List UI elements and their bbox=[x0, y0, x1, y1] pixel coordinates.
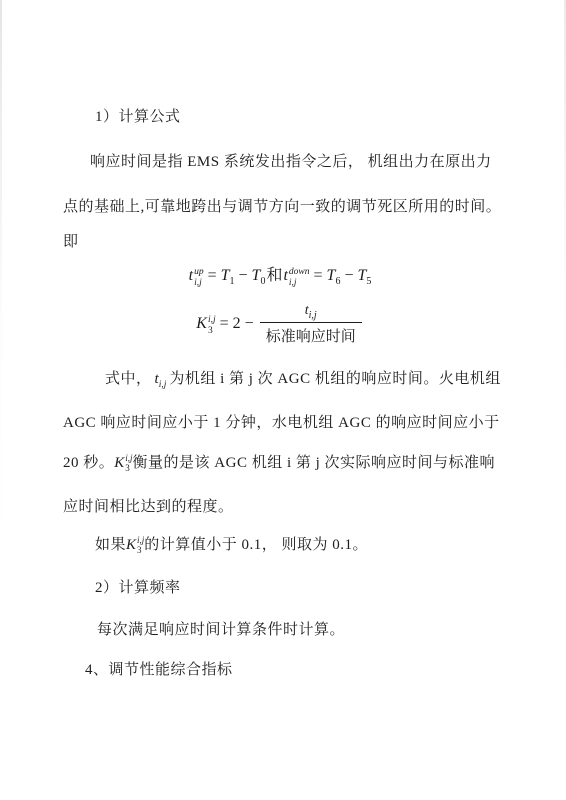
math-K-scripts: i,j3 bbox=[208, 315, 216, 336]
math-and-word: 和 bbox=[266, 267, 282, 284]
explanation-text-post: 衡量的是该 AGC 机组 i 第 j 次实际响应时间与标准响 bbox=[133, 455, 496, 471]
math-minus: − bbox=[245, 315, 254, 332]
math-K-base: K bbox=[126, 537, 136, 553]
math-sub-ij: i,j bbox=[159, 380, 167, 390]
document-page: 1）计算公式 响应时间是指 EMS 系统发出指令之后， 机组出力在原出力 点的基… bbox=[0, 0, 566, 800]
heading-composite-indicator: 4、调节性能综合指标 bbox=[85, 659, 233, 681]
math-T6-sub: 6 bbox=[335, 276, 340, 287]
paragraph-formula-explanation-line1: 式中，ti,j为机组 i 第 j 次 AGC 机组的响应时间。火电机组 bbox=[105, 368, 501, 396]
math-K-base: K bbox=[196, 315, 207, 332]
math-T1-base: T bbox=[221, 267, 230, 284]
math-var-K3-inline: Ki,j3 bbox=[114, 455, 132, 471]
paragraph-formula-explanation-line3: 20 秒。Ki,j3衡量的是该 AGC 机组 i 第 j 次实际响应时间与标准响 bbox=[63, 452, 495, 474]
math-sup-up: up bbox=[194, 267, 204, 277]
math-number-two: 2 bbox=[233, 315, 241, 332]
math-sub-3: 3 bbox=[125, 464, 132, 474]
math-fraction: ti,j标准响应时间 bbox=[260, 303, 362, 346]
formula-response-time-updown: tupi,j=T1−T0和tdowni,j=T6−T5 bbox=[55, 262, 505, 288]
math-sub-ij: i,j bbox=[309, 310, 317, 321]
heading-calculation-frequency: 2）计算频率 bbox=[95, 577, 181, 599]
math-fraction-denominator: 标准响应时间 bbox=[260, 322, 362, 346]
math-equals: = bbox=[220, 315, 229, 332]
math-var-K3-inline: Ki,j3 bbox=[126, 537, 144, 553]
explanation-text-pre: 式中， bbox=[105, 371, 152, 387]
paragraph-response-definition-line3: 即 bbox=[63, 231, 79, 253]
math-minus: − bbox=[239, 267, 248, 284]
paragraph-formula-explanation-line2: AGC 响应时间应小于 1 分钟，水电机组 AGC 的响应时间应小于 bbox=[63, 412, 500, 434]
math-K-base: K bbox=[114, 455, 124, 471]
paragraph-k3-minimum-rule: 如果Ki,j3的计算值小于 0.1， 则取为 0.1。 bbox=[95, 534, 368, 556]
math-var-K3: Ki,j3 bbox=[196, 315, 215, 332]
math-K-scripts: i,j3 bbox=[125, 454, 132, 474]
math-var-t-up: tupi,j bbox=[189, 267, 204, 284]
math-sub-ij: i,j bbox=[289, 278, 310, 288]
math-T5-sub: 5 bbox=[366, 276, 371, 287]
paragraph-response-definition-line2: 点的基础上,可靠地跨出与调节方向一致的调节死区所用的时间。 bbox=[63, 196, 501, 218]
math-t-base: t bbox=[189, 267, 193, 284]
paragraph-response-definition-line1: 响应时间是指 EMS 系统发出指令之后， 机组出力在原出力 bbox=[90, 151, 492, 173]
math-equals: = bbox=[314, 267, 323, 284]
explanation-text-post: 为机组 i 第 j 次 AGC 机组的响应时间。火电机组 bbox=[169, 371, 501, 387]
math-var-t-inline: ti,j bbox=[155, 371, 167, 387]
math-fraction-numerator: ti,j bbox=[260, 303, 362, 322]
math-equals: = bbox=[208, 267, 217, 284]
minvalue-text-post: 的计算值小于 0.1， 则取为 0.1。 bbox=[144, 537, 368, 553]
heading-calculation-formula: 1）计算公式 bbox=[95, 106, 181, 128]
explanation-text-pre: 20 秒。 bbox=[63, 455, 114, 471]
paragraph-frequency-condition: 每次满足响应时间计算条件时计算。 bbox=[97, 619, 345, 641]
formula-k3-index: Ki,j3=2−ti,j标准响应时间 bbox=[55, 303, 505, 346]
math-sub-ij: i,j bbox=[194, 278, 204, 288]
paragraph-formula-explanation-line4: 应时间相比达到的程度。 bbox=[63, 496, 234, 518]
minvalue-text-pre: 如果 bbox=[95, 537, 126, 553]
math-T0-sub: 0 bbox=[260, 276, 265, 287]
math-sup-down: down bbox=[289, 267, 310, 277]
math-var-t-down: tdowni,j bbox=[283, 267, 309, 284]
math-T1-sub: 1 bbox=[230, 276, 235, 287]
math-t-base: t bbox=[283, 267, 287, 284]
math-sup-ij: i,j bbox=[208, 315, 216, 325]
math-minus: − bbox=[344, 267, 353, 284]
math-sub-3: 3 bbox=[208, 326, 216, 336]
math-t-up-scripts: upi,j bbox=[194, 267, 204, 288]
math-t-down-scripts: downi,j bbox=[289, 267, 310, 288]
